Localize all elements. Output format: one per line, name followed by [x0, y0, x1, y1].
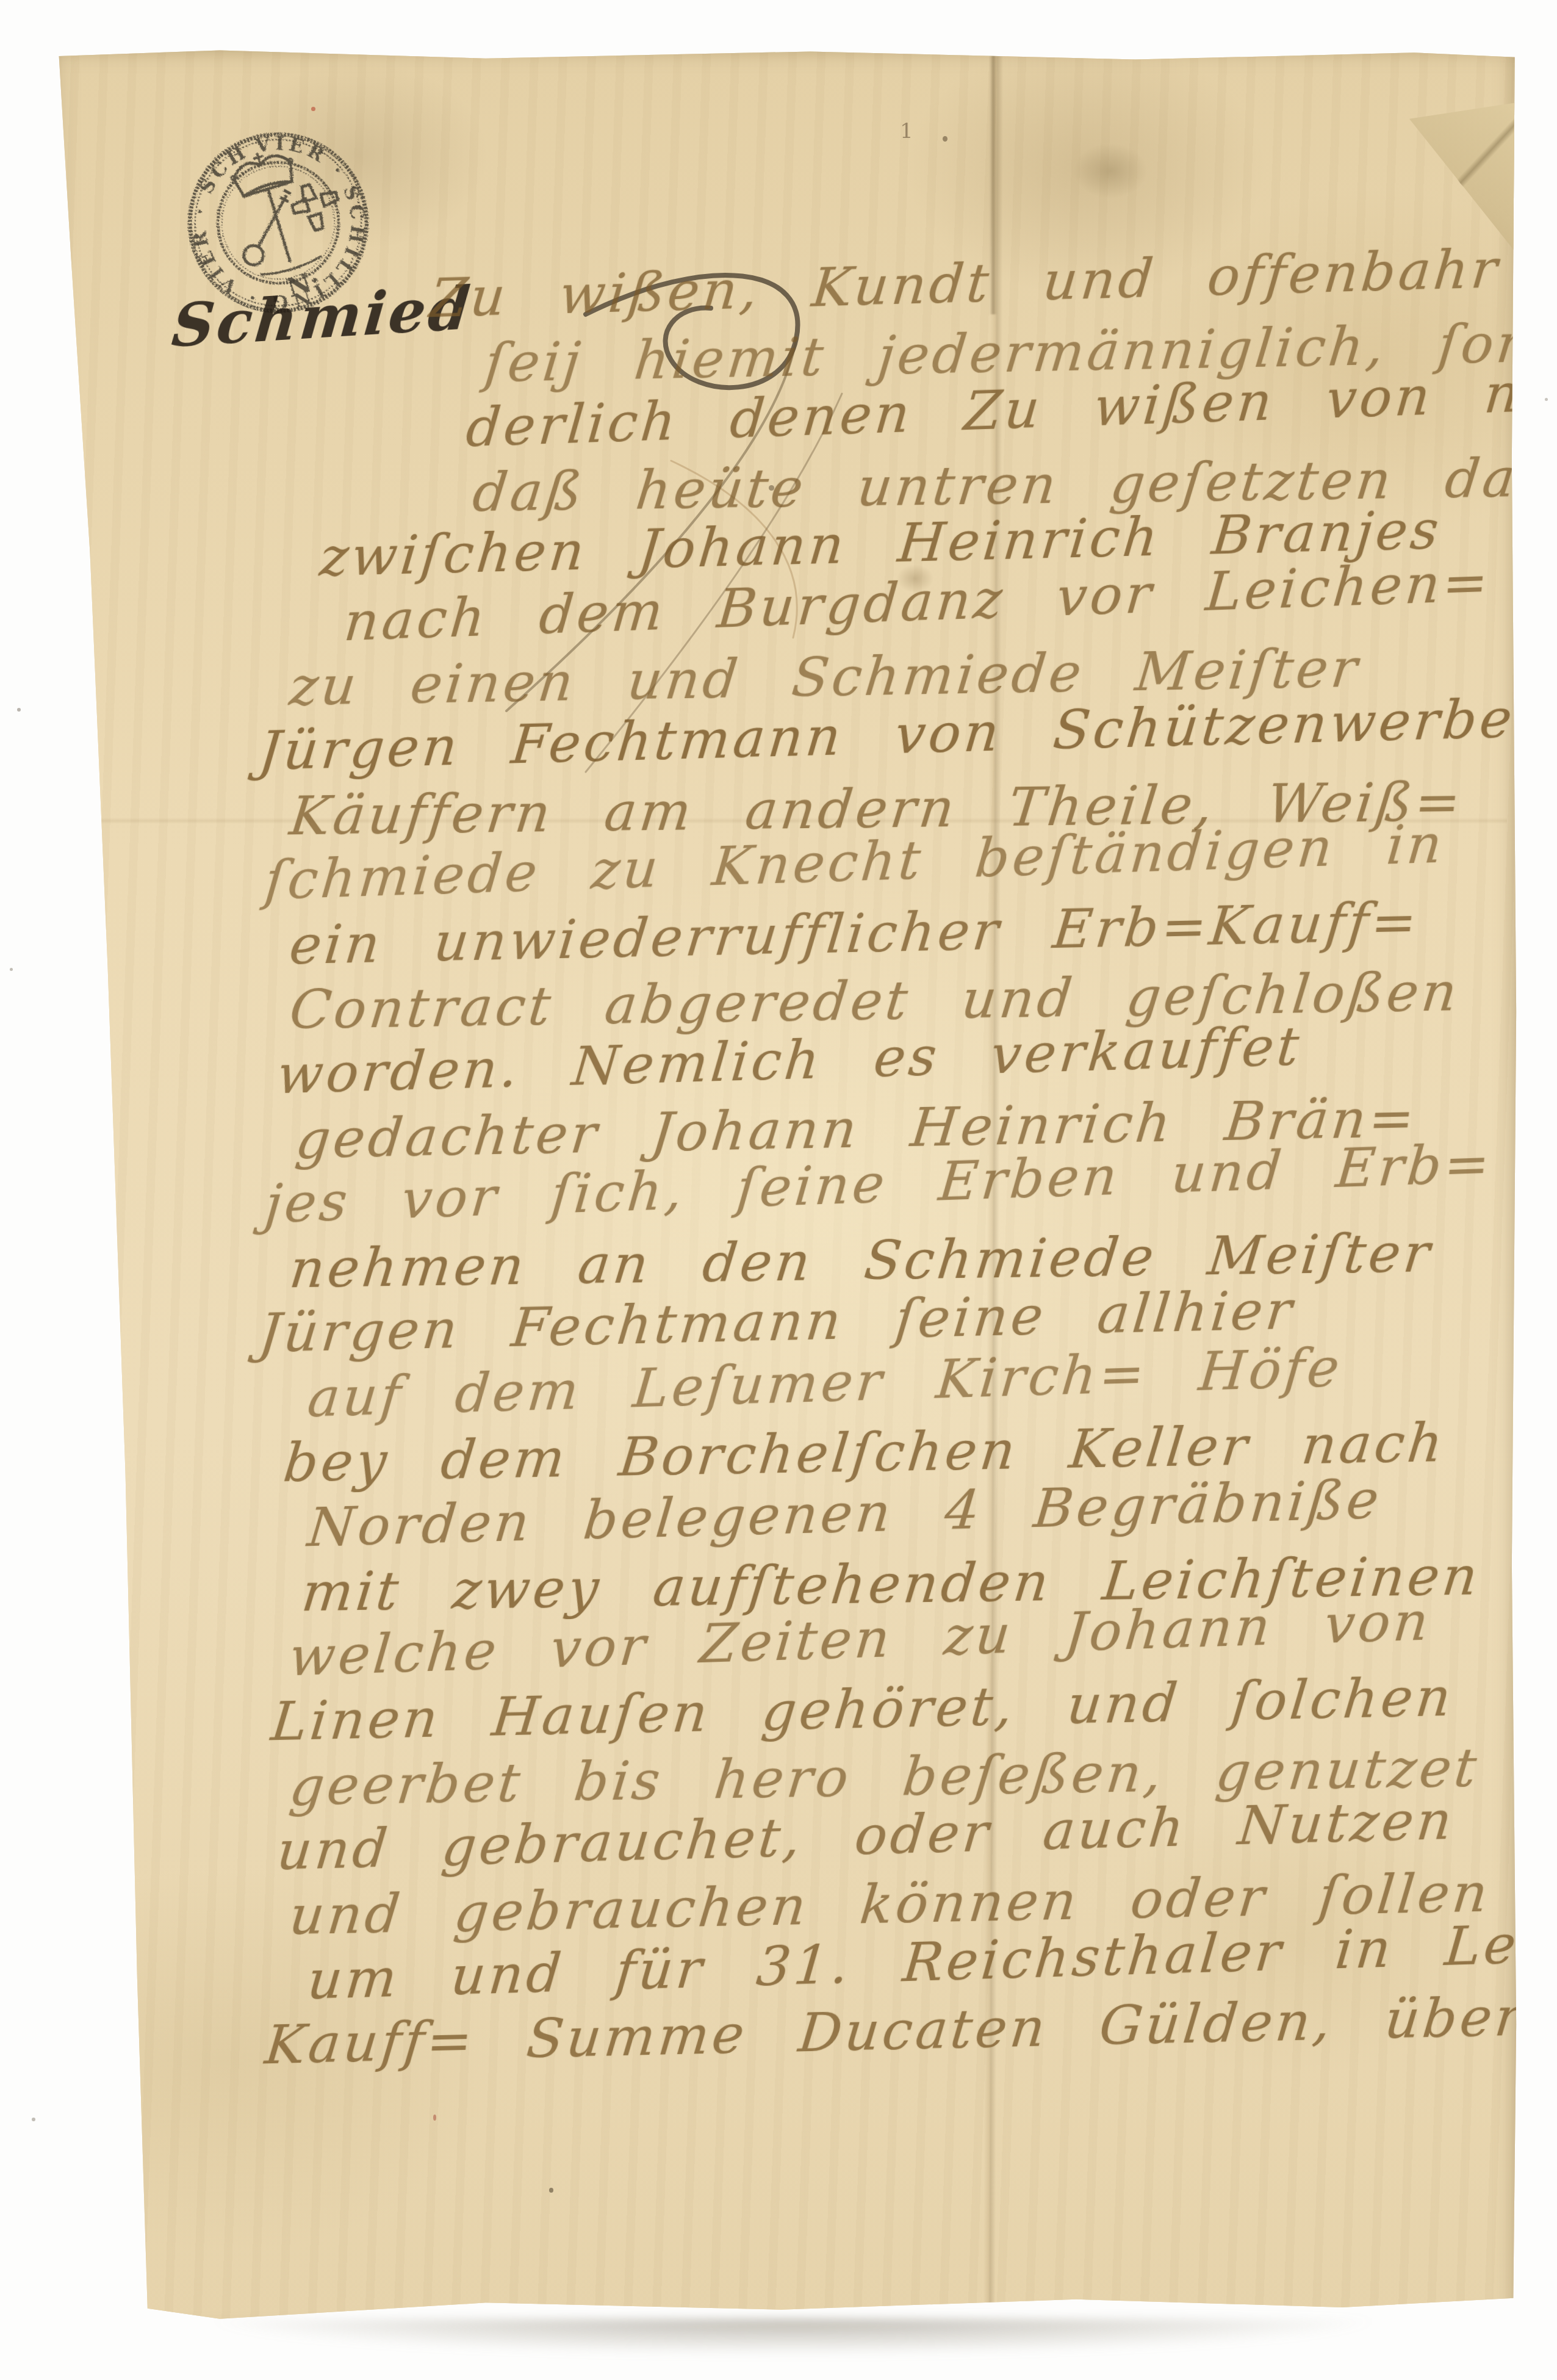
stain-spot	[1074, 143, 1147, 198]
dust-speck	[32, 2118, 35, 2121]
document-paper: N· VIER · SCHILLING · VIER · SCH Schmied…	[43, 46, 1519, 2346]
dust-speck	[17, 708, 21, 712]
scan-background: N· VIER · SCHILLING · VIER · SCH Schmied…	[0, 0, 1557, 2380]
ink-speck	[549, 2188, 553, 2193]
handwriting-text-block: Zu wißen, Kundt und offenbahrſeij hiemit…	[43, 46, 1519, 2346]
stain-spot	[897, 564, 933, 593]
ink-speck	[769, 485, 774, 491]
paper-drop-shadow	[104, 2319, 1483, 2362]
ink-speck	[433, 2115, 436, 2121]
ink-speck	[943, 136, 948, 142]
ink-speck	[311, 107, 315, 111]
dust-speck	[10, 968, 13, 971]
dust-speck	[1545, 398, 1548, 401]
